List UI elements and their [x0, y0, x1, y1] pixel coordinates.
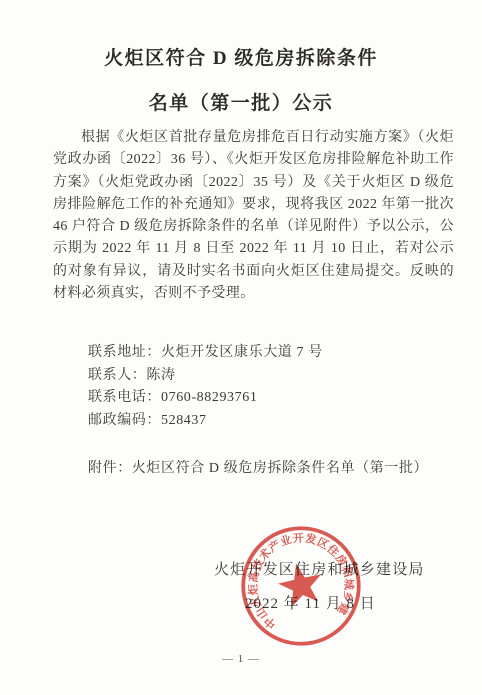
document-title-line-2: 名单（第一批）公示	[0, 81, 482, 126]
contact-address-line: 联系地址：火炬开发区康乐大道 7 号	[88, 342, 323, 365]
page-number: — 1 —	[0, 653, 482, 665]
contact-phone-line: 联系电话：0760-88293761	[88, 387, 323, 410]
official-red-seal: 中山火炬高技术产业开发区住房和城乡建设局	[226, 511, 375, 660]
contact-postcode-line: 邮政编码：528437	[88, 410, 323, 433]
document-date: 2022 年 11 月 8 日	[245, 592, 376, 613]
contact-info-block: 联系地址：火炬开发区康乐大道 7 号 联系人：陈涛 联系电话：0760-8829…	[88, 342, 323, 433]
notice-document-page: 火炬区符合 D 级危房拆除条件 名单（第一批）公示 根据《火炬区首批存量危房排危…	[0, 0, 482, 695]
contact-person-line: 联系人：陈涛	[88, 365, 323, 388]
attachment-line: 附件：火炬区符合 D 级危房拆除条件名单（第一批）	[88, 457, 428, 477]
document-title: 火炬区符合 D 级危房拆除条件 名单（第一批）公示	[0, 36, 482, 126]
document-title-line-1: 火炬区符合 D 级危房拆除条件	[0, 36, 482, 81]
notice-body-paragraph: 根据《火炬区首批存量危房排危百日行动实施方案》（火炬党政办函〔2022〕36 号…	[53, 127, 454, 305]
seal-graphic: 中山火炬高技术产业开发区住房和城乡建设局	[226, 511, 375, 660]
issuing-authority-signature: 火炬开发区住房和城乡建设局	[214, 558, 425, 579]
seal-ring	[233, 518, 370, 655]
